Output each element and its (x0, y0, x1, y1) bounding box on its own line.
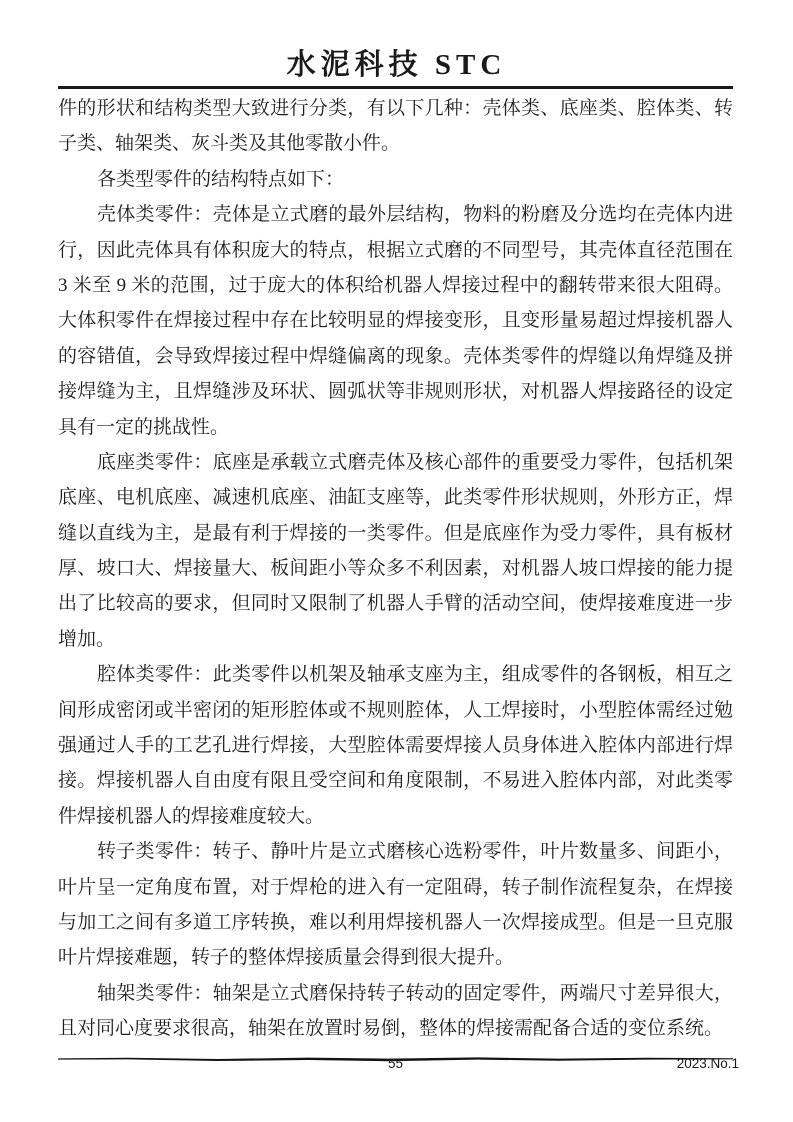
body-text-line: 各类型零件的结构特点如下： (58, 162, 733, 197)
body-text-line: 件的形状和结构类型大致进行分类，有以下几种：壳体类、底座类、腔体类、转 (58, 91, 733, 126)
body-text-line: 大体积零件在焊接过程中存在比较明显的焊接变形，且变形量易超过焊接机器人 (58, 303, 733, 338)
body-text-line: 接焊缝为主，且焊缝涉及环状、圆弧状等非规则形状，对机器人焊接路径的设定 (58, 374, 733, 409)
journal-title: 水泥科技 STC (0, 42, 793, 83)
body-text-line: 3 米至 9 米的范围，过于庞大的体积给机器人焊接过程中的翻转带来很大阻碍。 (58, 268, 733, 303)
body-text-line: 强通过人手的工艺孔进行焊接，大型腔体需要焊接人员身体进入腔体内部进行焊 (58, 728, 733, 763)
document-page: 水泥科技 STC 件的形状和结构类型大致进行分类，有以下几种：壳体类、底座类、腔… (0, 0, 793, 1122)
issue-number: 2023.No.1 (677, 1056, 739, 1071)
body-text-line: 的容错值，会导致焊接过程中焊缝偏离的现象。壳体类零件的焊缝以角焊缝及拼 (58, 339, 733, 374)
page-number: 55 (58, 1056, 733, 1071)
body-text-line: 转子类零件：转子、静叶片是立式磨核心选粉零件，叶片数量多、间距小， (58, 834, 733, 869)
body-text-line: 子类、轴架类、灰斗类及其他零散小件。 (58, 126, 733, 161)
body-text-line: 腔体类零件：此类零件以机架及轴承支座为主，组成零件的各钢板，相互之 (58, 657, 733, 692)
body-text-line: 壳体类零件：壳体是立式磨的最外层结构，物料的粉磨及分选均在壳体内进 (58, 197, 733, 232)
body-text-line: 出了比较高的要求，但同时又限制了机器人手臂的活动空间，使焊接难度进一步 (58, 586, 733, 621)
body-text-line: 底座类零件：底座是承载立式磨壳体及核心部件的重要受力零件，包括机架 (58, 445, 733, 480)
body-text-line: 与加工之间有多道工序转换，难以利用焊接机器人一次焊接成型。但是一旦克服 (58, 905, 733, 940)
body-text-line: 间形成密闭或半密闭的矩形腔体或不规则腔体，人工焊接时，小型腔体需经过勉 (58, 693, 733, 728)
body-text-line: 叶片焊接难题，转子的整体焊接质量会得到很大提升。 (58, 940, 733, 975)
body-text-line: 缝以直线为主，是最有利于焊接的一类零件。但是底座作为受力零件，具有板材 (58, 516, 733, 551)
body-text-line: 厚、坡口大、焊接量大、板间距小等众多不利因素，对机器人坡口焊接的能力提 (58, 551, 733, 586)
body-text-line: 增加。 (58, 622, 733, 657)
body-text-line: 行，因此壳体具有体积庞大的特点，根据立式磨的不同型号，其壳体直径范围在 (58, 233, 733, 268)
body-lines: 件的形状和结构类型大致进行分类，有以下几种：壳体类、底座类、腔体类、转子类、轴架… (58, 91, 733, 1047)
body-text-line: 轴架类零件：轴架是立式磨保持转子转动的固定零件，两端尺寸差异很大， (58, 976, 733, 1011)
body-text-line: 且对同心度要求很高，轴架在放置时易倒，整体的焊接需配备合适的变位系统。 (58, 1011, 733, 1046)
body-text-line: 件焊接机器人的焊接难度较大。 (58, 799, 733, 834)
body-text-line: 底座、电机底座、减速机底座、油缸支座等，此类零件形状规则，外形方正，焊 (58, 480, 733, 515)
body-text-line: 叶片呈一定角度布置，对于焊枪的进入有一定阻碍，转子制作流程复杂，在焊接 (58, 870, 733, 905)
body-text-line: 具有一定的挑战性。 (58, 410, 733, 445)
header-divider (58, 86, 733, 89)
footer: 55 2023.No.1 (58, 1056, 733, 1076)
body-text-line: 接。焊接机器人自由度有限且受空间和角度限制，不易进入腔体内部，对此类零 (58, 763, 733, 798)
footer-divider (58, 1049, 733, 1055)
